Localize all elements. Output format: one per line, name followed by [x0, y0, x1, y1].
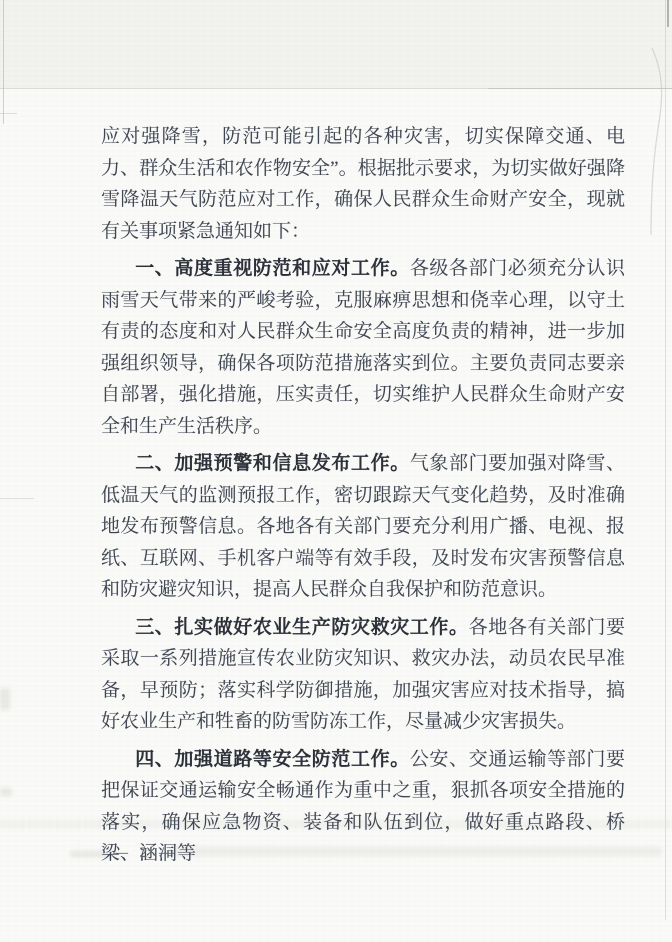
section-1-paragraph: 一、高度重视防范和应对工作。各级各部门必须充分认识雨雪天气带来的严峻考验，克服麻…	[101, 253, 625, 442]
section-4-paragraph: 四、加强道路等安全防范工作。公安、交通运输等部门要把保证交通运输安全畅通作为重中…	[101, 744, 625, 870]
scanned-document-page: 应对强降雪，防范可能引起的各种灾害，切实保障交通、电力、群众生活和农作物安全”。…	[0, 0, 672, 942]
scan-smudge	[0, 788, 12, 796]
page-number: — 2 —	[113, 845, 178, 862]
scan-artifact-mid-left-line	[0, 498, 34, 499]
intro-paragraph: 应对强降雪，防范可能引起的各种灾害，切实保障交通、电力、群众生活和农作物安全”。…	[101, 121, 625, 247]
section-4-heading: 四、加强道路等安全防范工作。	[135, 749, 410, 770]
section-2-text: 气象部门要加强对降雪、低温天气的监测预报工作，密切跟踪天气变化趋势，及时准确地发…	[101, 453, 625, 600]
section-3-paragraph: 三、扎实做好农业生产防灾救灾工作。各地各有关部门要采取一系列措施宣传农业防灾知识…	[101, 612, 625, 738]
scan-artifact-top-band	[0, 0, 672, 88]
scan-artifact-left-edge-line	[3, 0, 4, 124]
scan-artifact-right-top-edge	[667, 0, 669, 27]
section-2-heading: 二、加强预警和信息发布工作。	[135, 453, 410, 474]
scan-artifact-left-corner-line	[0, 113, 17, 114]
scan-artifact-page-curl-line	[628, 40, 672, 250]
section-3-heading: 三、扎实做好农业生产防灾救灾工作。	[135, 617, 468, 638]
section-1-text: 各级各部门必须充分认识雨雪天气带来的严峻考验，克服麻痹思想和侥幸心理，以守土有责…	[101, 258, 625, 437]
scan-smudge	[0, 688, 10, 710]
section-1-heading: 一、高度重视防范和应对工作。	[135, 258, 410, 279]
document-body: 应对强降雪，防范可能引起的各种灾害，切实保障交通、电力、群众生活和农作物安全”。…	[101, 121, 625, 876]
section-2-paragraph: 二、加强预警和信息发布工作。气象部门要加强对降雪、低温天气的监测预报工作，密切跟…	[101, 448, 625, 606]
